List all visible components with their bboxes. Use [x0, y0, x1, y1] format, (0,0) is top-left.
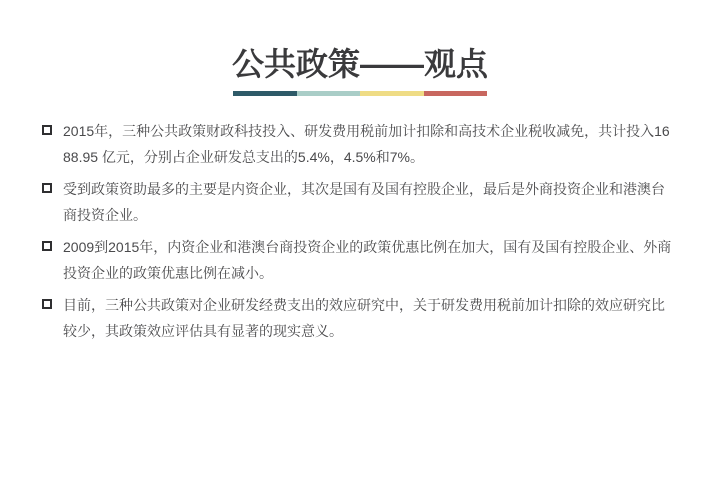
title-divider	[233, 91, 487, 96]
bullet-item: 受到政策资助最多的主要是内资企业，其次是国有及国有控股企业，最后是外商投资企业和…	[42, 176, 672, 228]
square-bullet-icon	[42, 125, 52, 135]
bullet-item: 2015年，三种公共政策财政科技投入、研发费用税前加计扣除和高技术企业税收减免，…	[42, 118, 672, 170]
square-bullet-icon	[42, 299, 52, 309]
square-bullet-icon	[42, 183, 52, 193]
bullet-list: 2015年，三种公共政策财政科技投入、研发费用税前加计扣除和高技术企业税收减免，…	[0, 96, 720, 344]
bullet-text: 2015年，三种公共政策财政科技投入、研发费用税前加计扣除和高技术企业税收减免，…	[63, 118, 672, 170]
bullet-item: 2009到2015年，内资企业和港澳台商投资企业的政策优惠比例在加大，国有及国有…	[42, 234, 672, 286]
bullet-text: 目前，三种公共政策对企业研发经费支出的效应研究中，关于研发费用税前加计扣除的效应…	[63, 292, 672, 344]
presentation-slide: 公共政策——观点 2015年，三种公共政策财政科技投入、研发费用税前加计扣除和高…	[0, 0, 720, 483]
divider-segment	[297, 91, 361, 96]
square-bullet-icon	[42, 241, 52, 251]
divider-segment	[424, 91, 488, 96]
divider-segment	[360, 91, 424, 96]
bullet-text: 受到政策资助最多的主要是内资企业，其次是国有及国有控股企业，最后是外商投资企业和…	[63, 176, 672, 228]
bullet-text: 2009到2015年，内资企业和港澳台商投资企业的政策优惠比例在加大，国有及国有…	[63, 234, 672, 286]
slide-title: 公共政策——观点	[0, 0, 720, 84]
bullet-item: 目前，三种公共政策对企业研发经费支出的效应研究中，关于研发费用税前加计扣除的效应…	[42, 292, 672, 344]
divider-segment	[233, 91, 297, 96]
